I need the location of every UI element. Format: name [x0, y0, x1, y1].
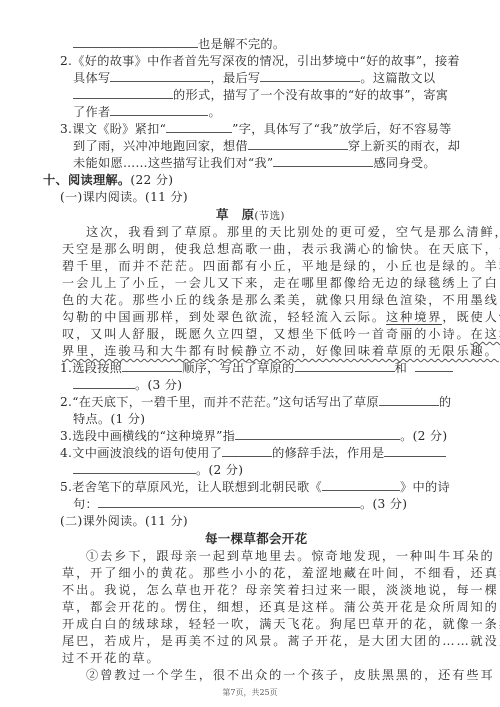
text: 勾勒的中国画那样，到处翠色欲流，轻轻流入云际。 [62, 310, 386, 324]
text: 到了雨，兴冲冲地跑回家，想借 [73, 139, 248, 153]
passage-1-line: 碧千里，而并不茫茫。四面都有小丘，平地是绿的，小丘也是绿的。羊群 [62, 258, 500, 274]
section-title: 十、阅读理解。 [43, 173, 130, 187]
title-note: (节选) [254, 210, 284, 222]
question-1-cont: 。(3 分) [73, 377, 182, 393]
answer-blank[interactable] [110, 70, 210, 82]
question-3-line-2: 到了雨，兴冲冲地跑回家，想借穿上新买的雨衣，却 [73, 138, 460, 154]
passage-1-title: 草 原(节选) [216, 207, 285, 224]
text: 和 [395, 361, 408, 375]
question-3: 3.选段中画横线的“这种境界”指。(2 分) [60, 428, 447, 444]
question-4-cont: 。(2 分) [73, 462, 243, 478]
passage-2-line: 尾巴，若成片，是再美不过的风景。蒿子开花，是大团大团的……就没见 [62, 633, 500, 649]
answer-blank[interactable] [73, 87, 173, 99]
wavy-underlined-phrase: 在这境 [471, 327, 500, 341]
answer-blank[interactable] [222, 445, 272, 457]
text: 穿上新买的雨衣，却 [348, 139, 460, 153]
passage-1-line: 天空是那么明朗，使我总想高歌一曲，表示我满心的愉快。在天底下，一 [62, 241, 500, 257]
text: 》中的诗 [400, 480, 450, 494]
question-4: 4.文中画波浪线的语句使用了的修辞手法，作用是 [60, 445, 446, 461]
answer-blank[interactable] [379, 394, 439, 406]
question-2-line-2: 具体写，最后写。这篇散文以 [73, 70, 435, 86]
answer-blank[interactable] [166, 121, 232, 133]
question-2-line-1: 2.《好的故事》中作者首先写深夜的情况，引出梦境中“好的故事”，接着 [60, 53, 460, 69]
wavy-underlined-phrase: 界里，连骏马和大牛都有时候静立不动，好像回味着草原的无限乐趣。 [62, 344, 499, 358]
passage-2-line: 过不开花的草。 [62, 650, 161, 666]
question-2-cont: 特点。(1 分) [73, 411, 145, 427]
passage-2-line: ①去乡下，跟母亲一起到草地里去。惊奇地发现，一种叫牛耳朵的 [86, 548, 495, 564]
text: 了作者 [73, 105, 110, 119]
text: 也是解不完的。 [198, 37, 285, 51]
page-number: 第7页，共25页 [0, 687, 500, 698]
answer-blank[interactable] [384, 445, 446, 457]
answer-blank[interactable] [295, 360, 395, 372]
text: 3.课文《盼》紧扣“ [60, 122, 166, 136]
passage-1-line: 这次，我看到了草原。那里的天比别处的更可爱，空气是那么清鲜， [86, 224, 500, 240]
text: 具体写 [73, 71, 110, 85]
passage-1-line: 叹，又叫人舒服，既愿久立四望，又想坐下低吟一首奇丽的小诗。在这境 [62, 326, 500, 342]
text: 顺序，写出了草原的 [182, 361, 294, 375]
answer-blank[interactable] [415, 360, 453, 372]
subsection-extracurricular: (二)课外阅读。(11 分) [60, 513, 188, 529]
text: 1.选段按照 [60, 361, 122, 375]
text: 2.“在天底下，一碧千里，而并不茫茫。”这句话写出了草原 [60, 395, 379, 409]
answer-blank[interactable] [273, 155, 373, 167]
answer-blank[interactable] [122, 360, 182, 372]
text: 。这篇散文以 [360, 71, 435, 85]
title: 草 原 [216, 207, 254, 222]
text: 。(2 分) [196, 463, 243, 477]
question-1: 1.选段按照顺序，写出了草原的和 [60, 360, 453, 376]
answer-blank[interactable] [260, 70, 360, 82]
text: 感同身受。 [373, 156, 435, 170]
passage-1-line: 界里，连骏马和大牛都有时候静立不动，好像回味着草原的无限乐趣。 [62, 343, 499, 359]
answer-blank[interactable] [110, 104, 208, 116]
answer-blank[interactable] [322, 479, 400, 491]
passage-2-line: 草，都会开花的。愣住，细想，还真是这样。蒲公英开花是众所周知的， [62, 599, 500, 615]
passage-1-line: 色的大花。那些小丘的线条是那么柔美，就像只用绿色渲染，不用墨线 [62, 292, 499, 308]
underlined-phrase: 这种境界 [386, 310, 442, 325]
question-3-line-1: 3.课文《盼》紧扣“”字，具体写了“我”放学后，好不容易等 [60, 121, 452, 137]
text: 未能如愿……这些描写让我们对“我” [73, 156, 273, 170]
passage-1-line: 勾勒的中国画那样，到处翠色欲流，轻轻流入云际。这种境界，既使人惊 [62, 309, 500, 325]
text: 3.选段中画横线的“这种境界”指 [60, 429, 235, 443]
passage-2-title: 每一棵草都会开花 [205, 531, 307, 547]
answer-blank[interactable] [235, 428, 400, 440]
passage-1-line: 一会儿上了小丘，一会儿又下来，走在哪里都像给无边的绿毯绣上了白 [62, 275, 499, 291]
text: 。(2 分) [400, 429, 447, 443]
text: 4.文中画波浪线的语句使用了 [60, 446, 222, 460]
text: 的 [439, 395, 452, 409]
text: ，最后写 [210, 71, 260, 85]
text: 。(3 分) [135, 378, 182, 392]
text: ，既使人惊 [442, 310, 500, 324]
subsection-in-class: (一)课内阅读。(11 分) [60, 189, 188, 205]
passage-2-line: ②曾教过一个学生，很不出众的一个孩子，皮肤黑黑的，还有些耳 [86, 667, 495, 683]
question-5: 5.老舍笔下的草原风光，让人联想到北朝民歌《》中的诗 [60, 479, 450, 495]
section-heading: 十、阅读理解。(22 分) [43, 172, 173, 188]
question-2-line-3: 的形式，描写了一个没有故事的“好的故事”，寄寓 [73, 87, 448, 103]
answer-blank[interactable] [73, 462, 196, 474]
question-2: 2.“在天底下，一碧千里，而并不茫茫。”这句话写出了草原的 [60, 394, 451, 410]
question-5-cont: 句：。(3 分) [73, 496, 407, 512]
answer-blank[interactable] [73, 377, 135, 389]
text: 叹，又叫人舒服，既愿久立四望，又想坐下低吟一首奇丽的小诗。 [62, 327, 471, 341]
passage-2-line: 草，开了细小的黄花。那些小小的花，羞涩地藏在叶间，不细看，还真看 [62, 565, 500, 581]
passage-2-line: 不出。我说，怎么草也开花？母亲笑着扫过来一眼，淡淡地说，每一棵 [62, 582, 499, 598]
text: 。(3 分) [360, 497, 407, 511]
answer-blank[interactable] [98, 496, 360, 508]
text: ”字，具体写了“我”放学后，好不容易等 [232, 122, 451, 136]
text: 。 [208, 105, 221, 119]
text: 5.老舍笔下的草原风光，让人联想到北朝民歌《 [60, 480, 322, 494]
answer-blank[interactable] [73, 36, 198, 48]
section-score: (22 分) [130, 173, 173, 187]
text: 的修辞手法，作用是 [272, 446, 384, 460]
question-2-line-4: 了作者。 [73, 104, 221, 120]
prev-question-tail: 也是解不完的。 [73, 36, 285, 52]
passage-2-line: 开成白白的绒球球，轻轻一吹，满天飞花。狗尾巴草开的花，就像一条狗 [62, 616, 500, 632]
question-3-line-3: 未能如愿……这些描写让我们对“我”感同身受。 [73, 155, 436, 171]
text: 句： [73, 497, 98, 511]
text: 的形式，描写了一个没有故事的“好的故事”，寄寓 [173, 88, 448, 102]
answer-blank[interactable] [248, 138, 348, 150]
